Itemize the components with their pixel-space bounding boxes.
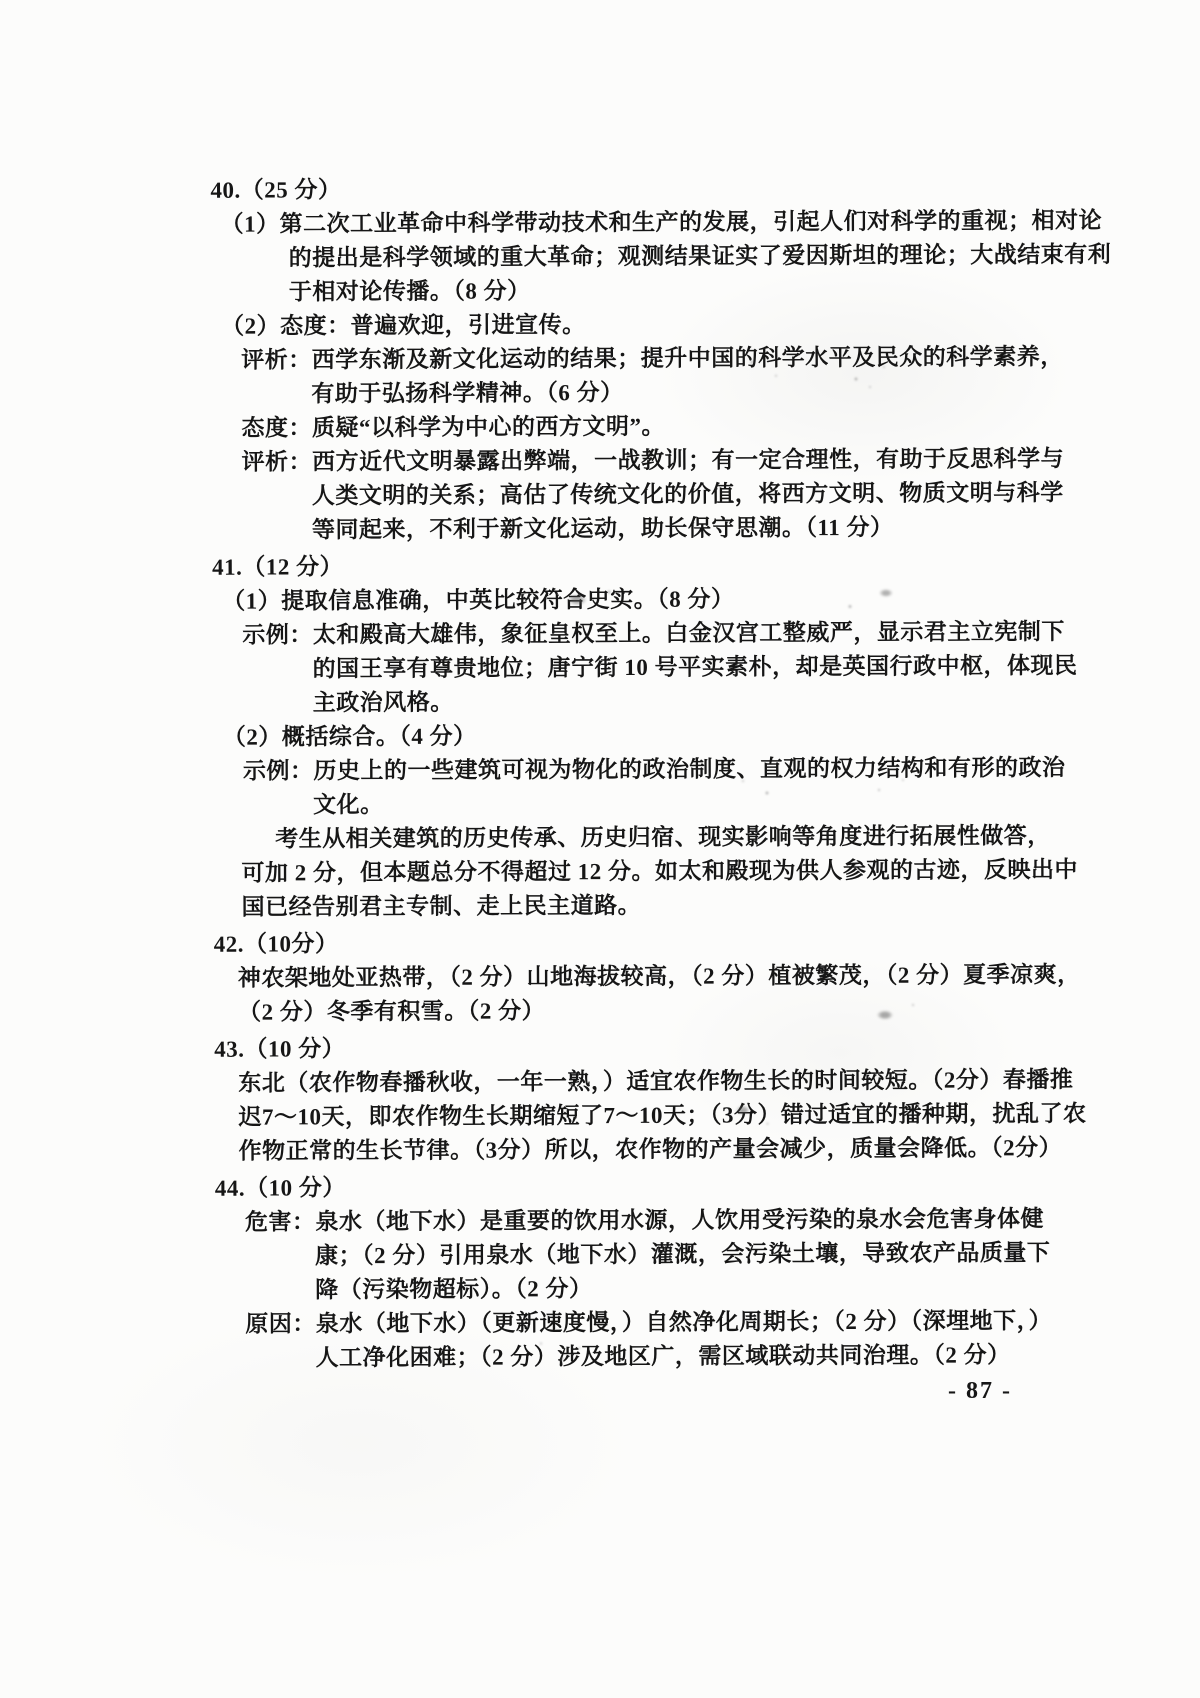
answer-line: 的国王享有尊贵地位；唐宁街 10 号平实素朴，却是英国行政中枢，体现民: [312, 649, 1027, 686]
answer-line: 的提出是科学领域的重大革命；观测结果证实了爱因斯坦的理论；大战结束有利: [289, 238, 1026, 275]
answer-line: 评析：西方近代文明暴露出弊端，一战教训；有一定合理性，有助于反思科学与: [242, 442, 1027, 479]
answer-line: 示例：历史上的一些建筑可视为物化的政治制度、直观的权力结构和有形的政治: [243, 751, 1028, 788]
answer-line: 评析：西学东渐及新文化运动的结果；提升中国的科学水平及民众的科学素养，: [241, 340, 1026, 377]
answer-line: 降（污染物超标）。（2 分）: [315, 1270, 1030, 1307]
question-heading-42: 42.（10分）: [214, 924, 1029, 962]
answer-line: 等同起来，不利于新文化运动，助长保守思潮。（11 分）: [312, 510, 1027, 547]
answer-line: 国已经告别君主专制、走上民主道路。: [242, 887, 1029, 924]
answer-line: 态度：质疑“以科学为中心的西方文明”。: [241, 408, 1026, 445]
answer-line: 人工净化困难；（2 分）涉及地区广，需区域联动共同治理。（2 分）: [315, 1338, 1030, 1375]
question-heading-40: 40.（25 分）: [210, 170, 1025, 208]
answer-line: 原因：泉水（地下水）（更新速度慢，）自然净化周期长；（2 分）（深埋地下，）: [245, 1304, 1030, 1341]
answer-line: 人类文明的关系；高估了传统文化的价值，将西方文明、物质文明与科学: [312, 476, 1027, 513]
question-block-44: 44.（10 分） 危害：泉水（地下水）是重要的饮用水源，人饮用受污染的泉水会危…: [215, 1168, 1031, 1376]
answer-line: 可加 2 分，但本题总分不得超过 12 分。如太和殿现为供人参观的古迹，反映出中: [241, 853, 1028, 890]
question-block-41: 41.（12 分） （1）提取信息准确，中英比较符合史实。（8 分） 示例：太和…: [212, 547, 1029, 925]
answer-line: （1）提取信息准确，中英比较符合史实。（8 分）: [222, 581, 1027, 619]
answer-line: 危害：泉水（地下水）是重要的饮用水源，人饮用受污染的泉水会危害身体健: [245, 1202, 1030, 1239]
answer-line: 于相对论传播。（8 分）: [289, 272, 1026, 309]
answer-line: （1）第二次工业革命中科学带动技术和生产的发展，引起人们对科学的重视；相对论: [221, 204, 1026, 242]
answer-line: 神农架地处亚热带，（2 分）山地海拔较高，（2 分）植被繁茂，（2 分）夏季凉爽…: [238, 958, 1029, 995]
question-block-42: 42.（10分） 神农架地处亚热带，（2 分）山地海拔较高，（2 分）植被繁茂，…: [214, 924, 1029, 1030]
answer-line: 示例：太和殿高大雄伟，象征皇权至上。白金汉宫工整威严，显示君主立宪制下: [242, 615, 1027, 652]
answer-line: （2）态度：普遍欢迎，引进宣传。: [221, 306, 1026, 344]
page-number: - 87 -: [948, 1378, 1012, 1405]
answer-line: 文化。: [313, 785, 1028, 822]
answer-line: 迟7～10天，即农作物生长期缩短了7～10天；（3分）错过适宜的播种期，扰乱了农: [238, 1097, 1029, 1134]
scanned-page: 40.（25 分） （1）第二次工业革命中科学带动技术和生产的发展，引起人们对科…: [0, 0, 1200, 1698]
answer-line: 考生从相关建筑的历史传承、历史归宿、现实影响等角度进行拓展性做答，: [275, 819, 1028, 856]
question-heading-44: 44.（10 分）: [215, 1168, 1030, 1206]
answer-line: 东北（农作物春播秋收，一年一熟，）适宜农作物生长的时间较短。（2分）春播推: [238, 1063, 1029, 1100]
question-block-43: 43.（10 分） 东北（农作物春播秋收，一年一熟，）适宜农作物生长的时间较短。…: [214, 1029, 1030, 1169]
answer-line: （2）概括综合。（4 分）: [223, 717, 1028, 755]
answer-line: 康；（2 分）引用泉水（地下水）灌溉，会污染土壤，导致农产品质量下: [315, 1236, 1030, 1273]
answer-line: （2 分）冬季有积雪。（2 分）: [238, 992, 1029, 1029]
answer-line: 作物正常的生长节律。（3分）所以，农作物的产量会减少，质量会降低。（2分）: [239, 1131, 1030, 1168]
answer-line: 有助于弘扬科学精神。（6 分）: [311, 374, 1026, 411]
answer-line: 主政治风格。: [313, 683, 1028, 720]
question-heading-43: 43.（10 分）: [214, 1029, 1029, 1067]
question-block-40: 40.（25 分） （1）第二次工业革命中科学带动技术和生产的发展，引起人们对科…: [210, 170, 1027, 548]
answer-key-document: 40.（25 分） （1）第二次工业革命中科学带动技术和生产的发展，引起人们对科…: [210, 170, 1030, 1379]
question-heading-41: 41.（12 分）: [212, 547, 1027, 585]
